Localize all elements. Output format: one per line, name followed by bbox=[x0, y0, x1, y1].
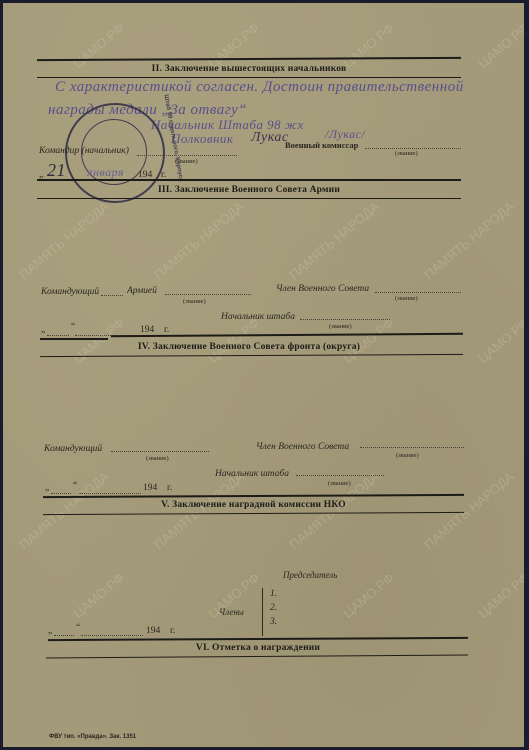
chief-of-staff-label: Начальник штаба bbox=[221, 312, 295, 322]
commander-label: Командир (начальник) bbox=[39, 146, 129, 156]
section-rule bbox=[37, 77, 461, 78]
date-quote-open: „ bbox=[41, 325, 45, 335]
chief-of-staff-label: Начальник штаба bbox=[215, 469, 289, 479]
rank-hint: (звание) bbox=[175, 158, 198, 165]
date-quote-open: „ bbox=[48, 626, 52, 636]
watermark: ЦАМО.РФ bbox=[205, 315, 262, 366]
front-commander-rank-line bbox=[111, 451, 209, 452]
commissar-rank-line bbox=[365, 148, 461, 149]
handwritten-month: января bbox=[87, 165, 124, 180]
date-year: 194 bbox=[143, 483, 157, 493]
watermark: ЦАМО.РФ bbox=[70, 315, 127, 366]
date-year-suffix: г. bbox=[164, 325, 169, 335]
rank-hint: (звание) bbox=[396, 452, 419, 459]
section-rule bbox=[43, 494, 464, 498]
watermark: ПАМЯТЬ НАРОДА bbox=[16, 199, 111, 283]
section-3-title: III. Заключение Военного Совета Армии bbox=[37, 185, 461, 195]
commander-rank-line bbox=[137, 155, 237, 156]
member-3-number: 3. bbox=[270, 617, 277, 627]
date-year: 194 bbox=[146, 626, 160, 636]
council-member-label: Член Военного Совета bbox=[276, 284, 369, 294]
date-day-line bbox=[51, 493, 71, 494]
section-rule bbox=[40, 338, 108, 340]
award-sheet-page: ЦАМО.РФ ЦАМО.РФ ЦАМО.РФ ЦАМО.РФ ЦАМО.РФ … bbox=[3, 3, 524, 747]
section-rule bbox=[37, 198, 461, 199]
commissar-label: Военный комиссар bbox=[285, 140, 358, 150]
rank-hint: (звание) bbox=[395, 295, 418, 302]
watermark: ПАМЯТЬ НАРОДА bbox=[151, 199, 246, 283]
section-rule bbox=[43, 512, 464, 515]
watermark: ПАМЯТЬ НАРОДА bbox=[286, 199, 381, 283]
army-commander-label: Командующий bbox=[41, 287, 99, 297]
army-label: Армией bbox=[127, 286, 157, 296]
section-rule bbox=[48, 637, 468, 641]
date-quote-open: „ bbox=[45, 483, 49, 493]
handwritten-rank: Полковник bbox=[171, 131, 234, 147]
council-member-rank-line bbox=[375, 292, 461, 293]
section-4-title: IV. Заключение Военного Совета фронта (о… bbox=[37, 342, 461, 352]
members-label: Члены bbox=[219, 607, 244, 617]
rank-hint: (звание) bbox=[329, 323, 352, 330]
council-member-label: Член Военного Совета bbox=[256, 442, 349, 452]
chief-of-staff-rank-line bbox=[300, 319, 390, 320]
council-member-rank-line bbox=[360, 447, 464, 448]
rank-hint: (звание) bbox=[146, 455, 169, 462]
watermark: ПАМЯТЬ НАРОДА bbox=[151, 469, 246, 553]
handwritten-conclusion-line-1: С характеристикой согласен. Достоин прав… bbox=[55, 79, 464, 96]
members-brace bbox=[262, 588, 263, 636]
watermark: ПАМЯТЬ НАРОДА bbox=[421, 199, 516, 283]
date-quote-close: “ bbox=[76, 623, 80, 633]
chairman-label: Председатель bbox=[283, 570, 337, 580]
date-year-suffix: г. bbox=[167, 483, 172, 493]
watermark: ЦАМО.РФ bbox=[475, 20, 524, 71]
watermark: ЦАМО.РФ bbox=[70, 570, 127, 621]
section-rule bbox=[46, 655, 468, 659]
printer-imprint: ФВУ тип. «Правда». Зак. 1351 bbox=[49, 734, 136, 740]
handwritten-signature: Лукас bbox=[251, 130, 289, 146]
date-day-line bbox=[54, 635, 74, 636]
date-year: 194 bbox=[140, 325, 154, 335]
handwritten-day: 21 bbox=[47, 160, 66, 181]
member-2-number: 2. bbox=[270, 603, 277, 613]
section-rule bbox=[40, 354, 463, 357]
date-quote-close: “ bbox=[71, 322, 75, 332]
section-2-title: II. Заключение вышестоящих начальников bbox=[37, 64, 461, 74]
section-6-title: VI. Отметка о награждении bbox=[48, 643, 468, 653]
rank-hint: (звание) bbox=[183, 298, 206, 305]
watermark: ЦАМО.РФ bbox=[340, 570, 397, 621]
front-commander-label: Командующий bbox=[44, 444, 102, 454]
date-month-line bbox=[81, 635, 143, 636]
rank-hint: (звание) bbox=[395, 150, 418, 157]
army-commander-rank-line bbox=[165, 294, 251, 295]
date-year-suffix: г. bbox=[170, 626, 175, 636]
chief-of-staff-rank-line bbox=[296, 475, 384, 476]
dotted-line bbox=[101, 295, 123, 296]
watermark: ПАМЯТЬ НАРОДА bbox=[16, 469, 111, 553]
date-month-line bbox=[79, 493, 141, 494]
watermark: ЦАМО.РФ bbox=[475, 315, 524, 366]
section-rule bbox=[37, 57, 461, 61]
watermark: ЦАМО.РФ bbox=[475, 570, 524, 621]
watermark: ПАМЯТЬ НАРОДА bbox=[421, 469, 516, 553]
date-quote-close: “ bbox=[73, 481, 77, 491]
section-rule bbox=[37, 179, 461, 181]
date-day-line bbox=[47, 335, 69, 336]
section-5-title: V. Заключение наградной комиссии НКО bbox=[43, 500, 464, 510]
member-1-number: 1. bbox=[270, 589, 277, 599]
rank-hint: (звание) bbox=[328, 480, 351, 487]
